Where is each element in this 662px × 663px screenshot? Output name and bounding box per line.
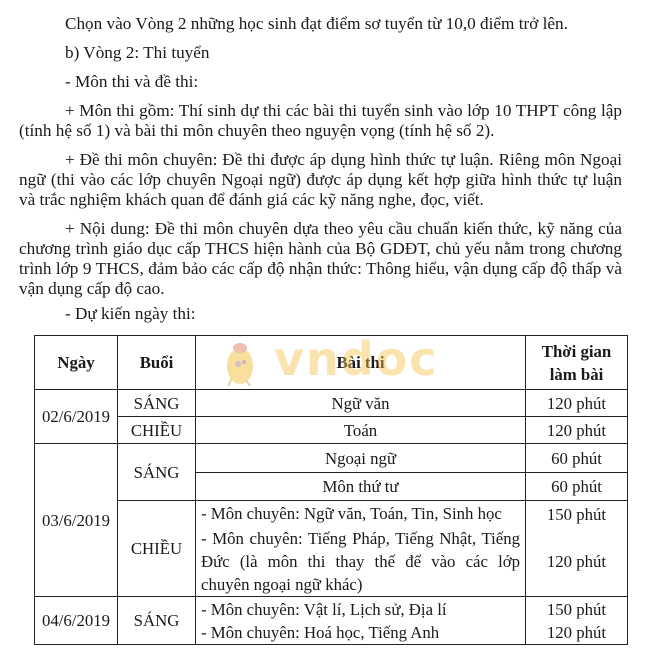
- cell-exam: Ngữ văn: [196, 390, 526, 417]
- cell-exam: - Môn chuyên: Vật lí, Lịch sử, Địa lí - …: [196, 597, 526, 645]
- cell-date: 02/6/2019: [35, 390, 118, 444]
- cell-date: 04/6/2019: [35, 597, 118, 645]
- cell-duration: 120 phút: [526, 390, 628, 417]
- cell-duration: 150 phút 120 phút: [526, 501, 628, 597]
- header-session: Buổi: [118, 336, 196, 390]
- cell-session: SÁNG: [118, 390, 196, 417]
- exam-item: - Môn chuyên: Vật lí, Lịch sử, Địa lí: [201, 598, 520, 621]
- paragraph-exam-l1: + Đề thi môn chuyên: Đề thi được áp dụng…: [19, 150, 622, 170]
- cell-session: CHIỀU: [118, 501, 196, 597]
- paragraph-exam-l3: và trắc nghiệm khách quan để đánh giá cá…: [19, 190, 622, 210]
- table-row: 02/6/2019 SÁNG Ngữ văn 120 phút: [35, 390, 628, 417]
- paragraph-content-l3: trình lớp 9 THCS, đảm bảo các cấp độ nhậ…: [19, 259, 622, 279]
- paragraph-round1-selection: Chọn vào Vòng 2 những học sinh đạt điểm …: [65, 14, 568, 34]
- cell-exam: Ngoại ngữ: [196, 444, 526, 473]
- exam-item-line: Đức (là môn thi thay thế để vào các lớp: [201, 550, 520, 573]
- cell-duration: 120 phút: [526, 417, 628, 444]
- cell-session: SÁNG: [118, 597, 196, 645]
- exam-item: - Môn chuyên: Hoá học, Tiếng Anh: [201, 621, 520, 644]
- cell-exam: Môn thứ tư: [196, 473, 526, 501]
- cell-exam: Toán: [196, 417, 526, 444]
- paragraph-content-l2: chương trình giáo dục cấp THCS hiện hành…: [19, 239, 622, 259]
- cell-date: 03/6/2019: [35, 444, 118, 597]
- paragraph-content-l1: + Nội dung: Đề thi môn chuyên dựa theo y…: [19, 219, 622, 239]
- header-date: Ngày: [35, 336, 118, 390]
- exam-item-line: - Môn chuyên: Tiếng Pháp, Tiếng Nhật, Ti…: [201, 527, 520, 550]
- exam-item: - Môn chuyên: Ngữ văn, Toán, Tin, Sinh h…: [201, 502, 520, 525]
- table-header-row: Ngày Buổi Bài thi Thời gian làm bài: [35, 336, 628, 390]
- cell-session: SÁNG: [118, 444, 196, 501]
- table-row: CHIỀU - Môn chuyên: Ngữ văn, Toán, Tin, …: [35, 501, 628, 597]
- heading-subjects: - Môn thi và đề thi:: [65, 72, 198, 92]
- heading-exam-dates: - Dự kiến ngày thi:: [65, 304, 196, 324]
- header-duration: Thời gian làm bài: [526, 336, 628, 390]
- header-exam: Bài thi: [196, 336, 526, 390]
- paragraph-content-l4: vận dụng cấp độ cao.: [19, 279, 622, 299]
- heading-round2: b) Vòng 2: Thi tuyển: [65, 43, 210, 63]
- cell-duration: 60 phút: [526, 444, 628, 473]
- cell-duration: 150 phút 120 phút: [526, 597, 628, 645]
- exam-item-line: chuyên ngoại ngữ khác): [201, 573, 520, 596]
- cell-exam: - Môn chuyên: Ngữ văn, Toán, Tin, Sinh h…: [196, 501, 526, 597]
- paragraph-subjects-l2: (tính hệ số 1) và bài thi môn chuyên the…: [19, 121, 622, 141]
- paragraph-exam-l2: ngữ (thi vào các lớp chuyên Ngoại ngữ) đ…: [19, 170, 622, 190]
- paragraph-subjects-l1: + Môn thi gồm: Thí sinh dự thi các bài t…: [19, 101, 622, 121]
- exam-schedule-table: Ngày Buổi Bài thi Thời gian làm bài 02/6…: [34, 335, 628, 645]
- table-row: CHIỀU Toán 120 phút: [35, 417, 628, 444]
- cell-duration: 60 phút: [526, 473, 628, 501]
- table-row: 03/6/2019 SÁNG Ngoại ngữ 60 phút: [35, 444, 628, 473]
- cell-session: CHIỀU: [118, 417, 196, 444]
- table-row: 04/6/2019 SÁNG - Môn chuyên: Vật lí, Lịc…: [35, 597, 628, 645]
